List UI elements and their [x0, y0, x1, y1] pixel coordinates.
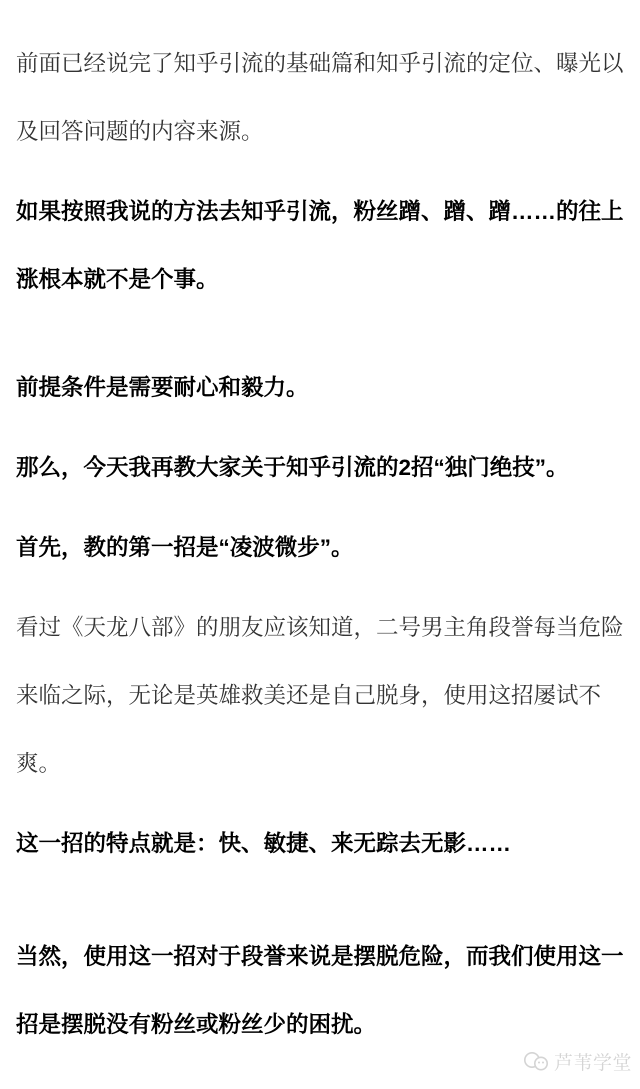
paragraph: 那么，今天我再教大家关于知乎引流的2招“独门绝技”。 [16, 434, 624, 502]
watermark: 芦苇学堂 [523, 1048, 632, 1075]
paragraph: 这一招的特点就是：快、敏捷、来无踪去无影…… [16, 810, 624, 878]
paragraph: 前提条件是需要耐心和毅力。 [16, 354, 624, 422]
paragraph: 当然，使用这一招对于段誉来说是摆脱危险，而我们使用这一 招是摆脱没有粉丝或粉丝少… [16, 923, 624, 1059]
smiley-bubbles-logo-icon [523, 1050, 550, 1074]
paragraph: 前面已经说完了知乎引流的基础篇和知乎引流的定位、曝光以 及回答问题的内容来源。 [16, 30, 624, 166]
watermark-label: 芦苇学堂 [554, 1048, 632, 1075]
paragraph: 首先，教的第一招是“凌波微步”。 [16, 514, 624, 582]
article-body: 前面已经说完了知乎引流的基础篇和知乎引流的定位、曝光以 及回答问题的内容来源。 … [0, 0, 640, 1059]
paragraph: 看过《天龙八部》的朋友应该知道，二号男主角段誉每当危险 来临之际，无论是英雄救美… [16, 594, 624, 798]
paragraph: 如果按照我说的方法去知乎引流，粉丝蹭、蹭、蹭……的往上 涨根本就不是个事。 [16, 178, 624, 314]
